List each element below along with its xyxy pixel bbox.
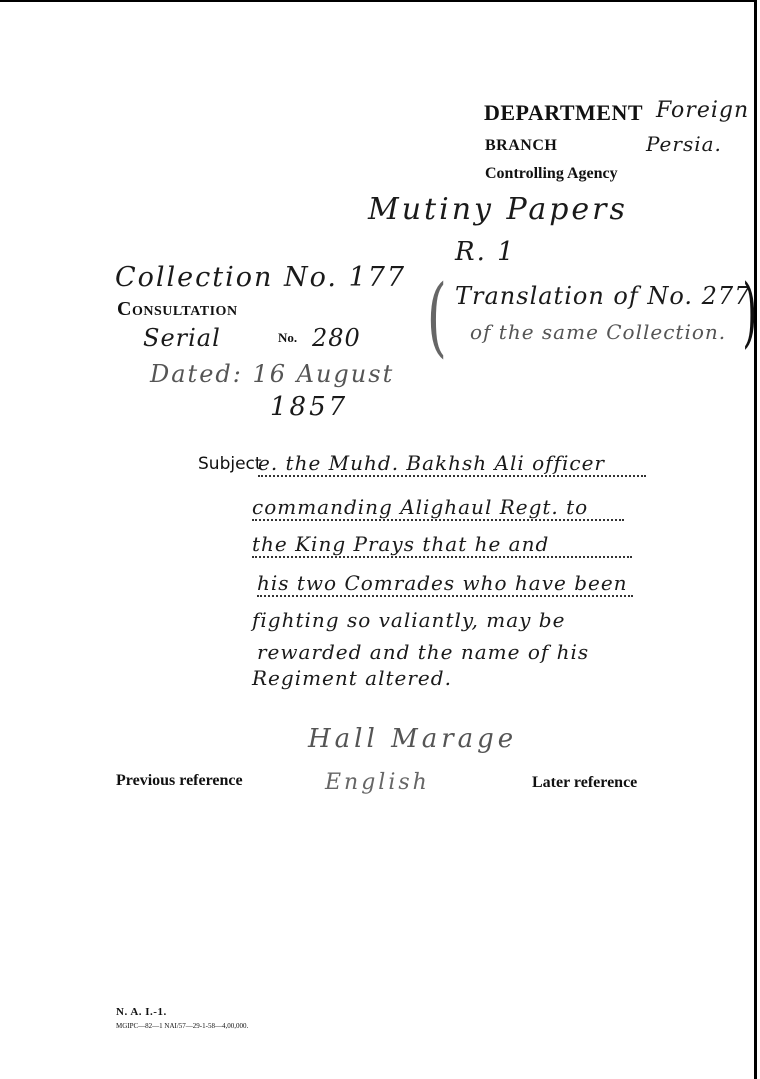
translation-note-line: Translation of No. 277	[455, 282, 750, 310]
language-note: Hall Marage	[308, 724, 517, 754]
translation-note-line: of the same Collection.	[470, 320, 726, 344]
note-bracket-left: (	[427, 274, 447, 360]
department-label: DEPARTMENT	[484, 100, 643, 126]
consultation-type: Serial	[143, 324, 221, 352]
department-value: Foreign	[656, 98, 749, 123]
consultation-no-value: 280	[312, 324, 361, 352]
form-number: N. A. I.-1.	[116, 1006, 167, 1018]
subject-line: his two Comrades who have been	[257, 571, 633, 597]
subject-label: Subject	[198, 454, 262, 474]
consultation-date: Dated: 16 August	[150, 360, 394, 388]
subject-line: Regiment altered.	[252, 666, 552, 690]
later-reference-label: Later reference	[532, 774, 637, 792]
print-code: MGIPC—82—1 NAI/57—29-1-58—4,00,000.	[116, 1022, 248, 1030]
file-title-reference: R. 1	[455, 237, 516, 267]
previous-reference-label: Previous reference	[116, 772, 243, 790]
subject-line: commanding Alighaul Regt. to	[252, 495, 624, 521]
file-title: Mutiny Papers	[368, 192, 628, 227]
subject-line: the King Prays that he and	[252, 532, 632, 558]
consultation-year: 1857	[270, 392, 348, 422]
subject-line: e. the Muhd. Bakhsh Ali officer	[258, 451, 646, 477]
subject-line: rewarded and the name of his	[257, 640, 627, 664]
collection-number: Collection No. 177	[115, 262, 406, 293]
note-bracket-right: )	[742, 274, 757, 350]
document-page: DEPARTMENT Foreign BRANCH Persia. Contro…	[0, 0, 757, 1079]
branch-value: Persia.	[646, 132, 722, 156]
language-value: English	[325, 770, 430, 795]
consultation-label: Consultation	[117, 298, 238, 321]
consultation-no-label: No.	[278, 330, 297, 346]
branch-label: BRANCH	[485, 137, 557, 155]
subject-line: fighting so valiantly, may be	[252, 608, 622, 632]
controlling-agency-label: Controlling Agency	[485, 165, 618, 183]
